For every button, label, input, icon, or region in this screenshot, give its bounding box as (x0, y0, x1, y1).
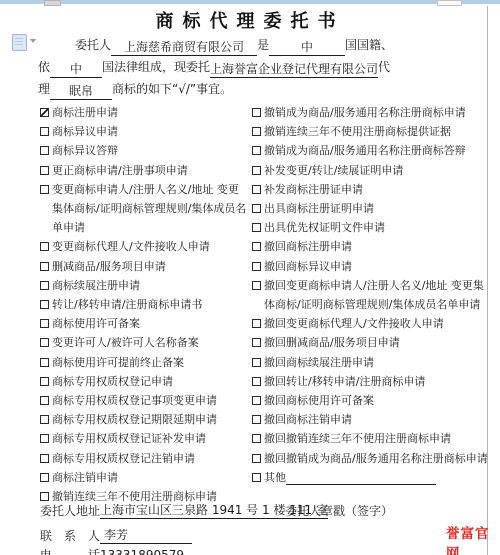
law-suffix-label: 国法律组成，现委托 (102, 60, 210, 74)
checklist-item: 补发商标注册证申请 (252, 180, 488, 199)
checklist-item-label: 商标专用权质权登记注销申请 (52, 449, 195, 468)
phone-field[interactable]: 13331890579 (100, 548, 184, 555)
checklist-item: 撤回商标异议申请 (252, 257, 488, 276)
contact-field[interactable]: 李芳 (100, 528, 192, 544)
checkbox-icon[interactable] (252, 415, 261, 424)
intro-line-3: 理眠帛商标的如下“√/”事宜。 (38, 78, 468, 100)
matters-label: 商标的如下“√/”事宜。 (112, 82, 232, 96)
checklist-item-label: 商标异议申请 (52, 122, 118, 141)
checkbox-icon[interactable] (40, 262, 49, 271)
checklist-item: 出具商标注册证明申请 (252, 199, 488, 218)
checklist-item-label: 变更商标申请人/注册人名义/地址 变更集体商标/证明商标管理规则/集体成员名单申… (52, 180, 248, 238)
checklist-item: 撤回变更商标申请人/注册人名义/地址 变更集体商标/证明商标管理规则/集体成员名… (252, 276, 488, 314)
checkbox-icon[interactable] (252, 127, 261, 136)
checkbox-icon[interactable] (252, 242, 261, 251)
checkbox-icon[interactable] (40, 166, 49, 175)
checkbox-icon[interactable] (40, 415, 49, 424)
checklist-item-label: 撤回撤销连续三年不使用注册商标申请 (264, 429, 451, 448)
agent-label-1: 代 (378, 60, 390, 74)
checklist-item: 商标专用权质权登记申请 (40, 372, 248, 391)
checkbox-icon[interactable] (40, 242, 49, 251)
nationality-suffix-label: 国国籍、 (345, 38, 393, 52)
checklist-item-label: 商标异议答辩 (52, 141, 118, 160)
checklist-item-label: 商标专用权质权登记事项变更申请 (52, 391, 217, 410)
checklist-item-label: 出具商标注册证明申请 (264, 199, 374, 218)
checklist-item: 商标专用权质权登记证补发申请 (40, 429, 248, 448)
checklist-item: 商标专用权质权登记注销申请 (40, 449, 248, 468)
checklist-item: 撤回商标注册申请 (252, 237, 488, 256)
checklist-item: 其他 (252, 468, 488, 487)
seal-label: 委托人章戳（签字） (285, 502, 393, 519)
ruler-strip (0, 0, 500, 4)
checklist-item: 撤回撤销连续三年不使用注册商标申请 (252, 429, 488, 448)
agency-field[interactable]: 上海誉富企业登记代理有限公司 (210, 61, 378, 78)
checklist-item: 商标专用权质权登记事项变更申请 (40, 391, 248, 410)
agent-label-2: 理 (38, 82, 50, 96)
checklist-item: 商标使用许可提前终止备案 (40, 353, 248, 372)
checklist-item: 撤回撤销成为商品/服务通用名称注册商标申请 (252, 449, 488, 468)
checkbox-icon[interactable] (40, 127, 49, 136)
trademark-field[interactable]: 眠帛 (50, 83, 112, 100)
checklist-item-label: 撤回撤销成为商品/服务通用名称注册商标申请 (264, 449, 488, 468)
checklist-item: 撤销成为商品/服务通用名称注册商标申请 (252, 103, 488, 122)
checklist-item-label: 撤回商标注销申请 (264, 410, 352, 429)
phone-line: 电 话13331890579 (40, 546, 184, 555)
law-country-field[interactable]: 中 (50, 61, 102, 78)
checklist-item: 商标续展注册申请 (40, 276, 248, 295)
checklist-item-label: 撤回删减商品/服务项目申请 (264, 333, 400, 352)
checklist-item: 商标异议答辩 (40, 141, 248, 160)
checkbox-icon[interactable] (252, 281, 261, 290)
contact-line: 联 系 人李芳 (40, 527, 192, 544)
checklist-item-label: 商标注册申请 (52, 103, 118, 122)
checklist-item-label: 撤回商标续展注册申请 (264, 353, 374, 372)
checklist-item: 转让/移转申请/注册商标申请书 (40, 295, 248, 314)
contact-label: 联 系 人 (40, 529, 100, 543)
checkbox-icon[interactable] (40, 146, 49, 155)
checklist-column-left: 商标注册申请商标异议申请商标异议答辩更正商标申请/注册事项申请变更商标申请人/注… (40, 103, 248, 506)
checklist-item-label: 撤销成为商品/服务通用名称注册商标答辩 (264, 141, 466, 160)
principal-label: 委托人 (75, 38, 111, 52)
checkbox-icon[interactable] (40, 492, 49, 501)
address-label: 委托人地址 (40, 504, 100, 518)
checklist-item: 商标注册申请 (40, 103, 248, 122)
checklist-item: 撤回变更商标代理人/文件接收人申请 (252, 314, 488, 333)
watermark-text: 誉富官网 (446, 522, 500, 555)
checklist-item-label: 出具优先权证明文件申请 (264, 218, 385, 237)
document-page: 商标代理委托书 委托人上海慈希商贸有限公司是中国国籍、 依中国法律组成，现委托上… (0, 0, 500, 555)
checklist-item-label: 撤回变更商标代理人/文件接收人申请 (264, 314, 444, 333)
checkbox-icon[interactable] (40, 377, 49, 386)
checkbox-icon[interactable] (40, 338, 49, 347)
checkbox-icon[interactable] (252, 223, 261, 232)
checklist-item: 撤销连续三年不使用注册商标提供证据 (252, 122, 488, 141)
intro-line-2: 依中国法律组成，现委托上海誉富企业登记代理有限公司代 (38, 56, 468, 78)
checkbox-icon[interactable] (40, 454, 49, 463)
checklist-item-label: 撤回商标异议申请 (264, 257, 352, 276)
checkbox-icon[interactable] (40, 473, 49, 482)
checkbox-icon[interactable] (252, 185, 261, 194)
checklist-item-label: 撤销成为商品/服务通用名称注册商标申请 (264, 103, 466, 122)
checkbox-icon[interactable] (252, 108, 261, 117)
checklist-item-label: 撤回转让/移转申请/注册商标申请 (264, 372, 425, 391)
checklist-item-label: 撤回商标注册申请 (264, 237, 352, 256)
checkbox-icon[interactable] (40, 358, 49, 367)
checkbox-icon[interactable] (40, 185, 49, 194)
checkbox-icon[interactable] (40, 319, 49, 328)
checkbox-icon[interactable] (252, 146, 261, 155)
checkbox-icon[interactable] (40, 281, 49, 290)
checkbox-icon[interactable] (40, 434, 49, 443)
ruler-margin-tab-left[interactable] (44, 0, 61, 6)
checklist-item-label: 转让/移转申请/注册商标申请书 (52, 295, 202, 314)
page-title: 商标代理委托书 (0, 7, 500, 33)
checklist-item-label: 更正商标申请/注册事项申请 (52, 161, 188, 180)
checkbox-icon[interactable] (252, 434, 261, 443)
intro-line-1: 委托人上海慈希商贸有限公司是中国国籍、 (38, 34, 468, 56)
checklist-item: 商标注销申请 (40, 468, 248, 487)
paste-options-icon[interactable] (12, 34, 27, 51)
checklist-item: 变更商标申请人/注册人名义/地址 变更集体商标/证明商标管理规则/集体成员名单申… (40, 180, 248, 238)
checklist-item: 商标专用权质权登记期限延期申请 (40, 410, 248, 429)
checklist-item-label: 补发变更/转让/续展证明申请 (264, 161, 403, 180)
checklist-item: 变更商标代理人/文件接收人申请 (40, 237, 248, 256)
checklist-item: 撤回删减商品/服务项目申请 (252, 333, 488, 352)
checklist-item: 删减商品/服务项目申请 (40, 257, 248, 276)
checklist-item: 商标异议申请 (40, 122, 248, 141)
checklist-item-label: 商标使用许可备案 (52, 314, 140, 333)
checklist-item-label: 商标使用许可提前终止备案 (52, 353, 184, 372)
checklist-item: 出具优先权证明文件申请 (252, 218, 488, 237)
checklist-item-label: 变更许可人/被许可人名称备案 (52, 333, 199, 352)
checklist-item-label: 商标续展注册申请 (52, 276, 140, 295)
checklist-item-label: 撤销连续三年不使用注册商标提供证据 (264, 122, 451, 141)
checklist-item: 更正商标申请/注册事项申请 (40, 161, 248, 180)
checkbox-icon[interactable] (252, 377, 261, 386)
checklist-item-label: 商标专用权质权登记申请 (52, 372, 173, 391)
checklist-item-label: 补发商标注册证申请 (264, 180, 363, 199)
checkbox-icon[interactable] (40, 300, 49, 309)
principal-field[interactable]: 上海慈希商贸有限公司 (111, 39, 257, 56)
checklist-item: 撤回商标使用许可备案 (252, 391, 488, 410)
checklist-item: 撤回转让/移转申请/注册商标申请 (252, 372, 488, 391)
checklist-item-label: 商标专用权质权登记证补发申请 (52, 429, 206, 448)
is-label: 是 (257, 38, 269, 52)
checklist-item: 变更许可人/被许可人名称备案 (40, 333, 248, 352)
checklist-column-right: 撤销成为商品/服务通用名称注册商标申请撤销连续三年不使用注册商标提供证据撤销成为… (252, 103, 488, 487)
checkbox-icon[interactable] (252, 358, 261, 367)
other-blank-underline[interactable] (286, 470, 436, 485)
according-label: 依 (38, 60, 50, 74)
checkbox-icon[interactable] (252, 473, 261, 482)
checkbox-icon[interactable] (252, 454, 261, 463)
checkbox-icon[interactable] (252, 338, 261, 347)
checklist-item: 补发变更/转让/续展证明申请 (252, 161, 488, 180)
checklist-item-label: 撤回商标使用许可备案 (264, 391, 374, 410)
checkbox-checked-icon[interactable] (40, 108, 49, 117)
phone-label: 电 话 (40, 548, 100, 555)
checkbox-icon[interactable] (40, 396, 49, 405)
chevron-down-icon[interactable] (30, 39, 36, 43)
nationality-field[interactable]: 中 (269, 39, 345, 56)
checklist-item-label: 撤回变更商标申请人/注册人名义/地址 变更集体商标/证明商标管理规则/集体成员名… (264, 276, 488, 314)
checkbox-icon[interactable] (252, 396, 261, 405)
checklist-item-label: 商标专用权质权登记期限延期申请 (52, 410, 217, 429)
intro-paragraph: 委托人上海慈希商贸有限公司是中国国籍、 依中国法律组成，现委托上海誉富企业登记代… (38, 34, 468, 100)
ruler-margin-tab-right[interactable] (437, 0, 462, 6)
checklist-item-label: 商标注销申请 (52, 468, 118, 487)
checklist-item-label: 其他 (264, 468, 286, 487)
checklist-item: 商标使用许可备案 (40, 314, 248, 333)
checklist-item: 撤回商标续展注册申请 (252, 353, 488, 372)
checklist-item: 撤回商标注销申请 (252, 410, 488, 429)
checkbox-icon[interactable] (252, 262, 261, 271)
checklist-item-label: 删减商品/服务项目申请 (52, 257, 166, 276)
checklist-item-label: 变更商标代理人/文件接收人申请 (52, 237, 210, 256)
checklist-item: 撤销成为商品/服务通用名称注册商标答辩 (252, 141, 488, 160)
checkbox-icon[interactable] (252, 319, 261, 328)
checkbox-icon[interactable] (252, 204, 261, 213)
checkbox-icon[interactable] (252, 166, 261, 175)
